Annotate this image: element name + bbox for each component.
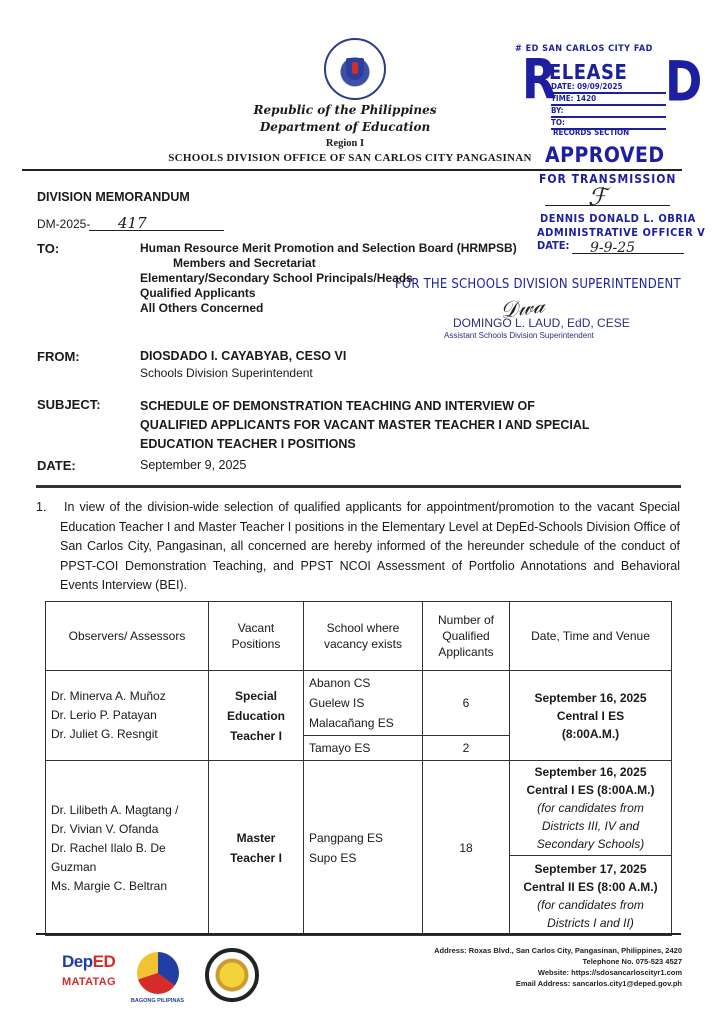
school: Guelew IS <box>309 693 417 713</box>
matatag-text: MATATAG <box>62 976 122 988</box>
observers-cell: Dr. Minerva A. Muñoz Dr. Lerio P. Pataya… <box>46 671 209 761</box>
observers-cell: Dr. Lilibeth A. Magtang / Dr. Vivian V. … <box>46 761 209 936</box>
bagong-pilipinas-icon <box>137 952 179 994</box>
from-name: DIOSDADO I. CAYABYAB, CESO VI <box>140 349 346 363</box>
approved-title: APPROVED <box>545 143 665 167</box>
date-label: DATE: <box>37 458 76 473</box>
table-header-row: Observers/ Assessors Vacant Positions Sc… <box>46 602 672 671</box>
schools-cell: Pangpang ES Supo ES <box>304 761 423 936</box>
schedule-table: Observers/ Assessors Vacant Positions Sc… <box>45 601 672 936</box>
school: Supo ES <box>309 848 417 868</box>
header-schedule: Date, Time and Venue <box>510 602 672 671</box>
approved-date-value: 9-9-25 <box>590 240 635 256</box>
footer-address: Address: Roxas Blvd., San Carlos City, P… <box>380 945 682 956</box>
recipient: Elementary/Secondary School Principals/H… <box>140 271 517 286</box>
deped-logo-text-b: ED <box>93 952 116 971</box>
bagong-pilipinas-text: BAGONG PILIPINAS <box>130 998 185 1004</box>
footer-divider <box>36 933 681 935</box>
approved-date-label: DATE: <box>537 239 570 252</box>
released-date: DATE: 09/09/2025 <box>551 82 666 94</box>
schedule-date: September 16, 2025 <box>515 763 666 781</box>
position-cell: Special Education Teacher I <box>209 671 304 761</box>
header-department: Department of Education <box>230 120 460 134</box>
footer-website[interactable]: Website: https://sdosancarloscityr1.com <box>380 967 682 978</box>
bagong-pilipinas-logo: BAGONG PILIPINAS <box>130 952 185 1012</box>
observer: Dr. Lilibeth A. Magtang / <box>51 801 203 820</box>
released-stamp-d: D <box>665 55 702 110</box>
sdo-seal-icon <box>205 948 259 1002</box>
approved-position: ADMINISTRATIVE OFFICER V <box>537 226 705 239</box>
from-title: Schools Division Superintendent <box>140 366 313 380</box>
asds-name: DOMINGO L. LAUD, EdD, CESE <box>453 316 630 330</box>
school: Malacañang ES <box>309 713 417 733</box>
approved-subtitle: FOR TRANSMISSION <box>539 172 676 186</box>
schedule-cell: September 16, 2025 Central I ES (8:00A.M… <box>510 761 672 856</box>
paragraph-number: 1. <box>36 498 64 518</box>
schedule-cell: September 17, 2025 Central II ES (8:00 A… <box>510 856 672 936</box>
schedule-date: September 17, 2025 <box>515 860 666 878</box>
schedule-venue: Central I ES <box>515 707 666 725</box>
deped-seal-icon <box>324 38 386 100</box>
memo-title: DIVISION MEMORANDUM <box>37 190 190 204</box>
applicants-count: 18 <box>423 761 510 936</box>
applicants-count: 6 <box>423 671 510 736</box>
schedule-cell: September 16, 2025 Central I ES (8:00A.M… <box>510 671 672 761</box>
observer: Dr. Minerva A. Muñoz <box>51 687 203 706</box>
schools-cell: Tamayo ES <box>304 736 423 761</box>
header-divider <box>22 169 682 171</box>
table-row: Dr. Lilibeth A. Magtang / Dr. Vivian V. … <box>46 761 672 856</box>
recipient: All Others Concerned <box>140 301 517 316</box>
schedule-time: (8:00A.M.) <box>515 725 666 743</box>
position-cell: Master Teacher I <box>209 761 304 936</box>
schedule-venue: Central I ES (8:00A.M.) <box>515 781 666 799</box>
to-label: TO: <box>37 241 59 256</box>
observer: Dr. Juliet G. Resngit <box>51 725 203 744</box>
table-row: Dr. Minerva A. Muñoz Dr. Lerio P. Pataya… <box>46 671 672 736</box>
header-office: SCHOOLS DIVISION OFFICE OF SAN CARLOS CI… <box>150 152 550 164</box>
school: Pangpang ES <box>309 828 417 848</box>
memo-number-prefix: DM-2025- <box>37 217 90 231</box>
school: Abanon CS <box>309 673 417 693</box>
observer: Dr. Lerio P. Patayan <box>51 706 203 725</box>
observer: Ms. Margie C. Beltran <box>51 877 203 896</box>
paragraph-text: In view of the division-wide selection o… <box>60 500 680 592</box>
subject-text: SCHEDULE OF DEMONSTRATION TEACHING AND I… <box>140 397 590 454</box>
recipient: Qualified Applicants <box>140 286 517 301</box>
observer: Dr. Vivian V. Ofanda <box>51 820 203 839</box>
deped-matatag-logo: DepED MATATAG <box>62 952 122 1012</box>
released-by: BY: <box>551 106 666 118</box>
footer-email[interactable]: Email Address: sancarlos.city1@deped.gov… <box>380 978 682 989</box>
observer: Dr. Rachel Ilalo B. De Guzman <box>51 839 203 877</box>
deped-logo-text-a: Dep <box>62 952 93 971</box>
from-label: FROM: <box>37 349 80 364</box>
footer-contact: Address: Roxas Blvd., San Carlos City, P… <box>380 945 682 989</box>
header-applicants: Number of Qualified Applicants <box>423 602 510 671</box>
recipient: Human Resource Merit Promotion and Selec… <box>140 241 517 256</box>
body-divider <box>36 485 681 488</box>
schedule-note: (for candidates from Districts III, IV a… <box>515 799 666 853</box>
released-stamp-title: ELEASE <box>549 60 627 84</box>
header-schools: School where vacancy exists <box>304 602 423 671</box>
footer-telephone: Telephone No. 075-523 4527 <box>380 956 682 967</box>
header-region: Region I <box>230 138 460 149</box>
schedule-venue: Central II ES (8:00 A.M.) <box>515 878 666 896</box>
signature-icon: ℱ <box>588 183 607 211</box>
released-time: TIME: 1420 <box>551 94 666 106</box>
approved-name: DENNIS DONALD L. OBRIA <box>540 212 696 225</box>
schools-cell: Abanon CS Guelew IS Malacañang ES <box>304 671 423 736</box>
header-positions: Vacant Positions <box>209 602 304 671</box>
date-value: September 9, 2025 <box>140 458 246 472</box>
to-recipients: Human Resource Merit Promotion and Selec… <box>140 241 517 316</box>
subject-label: SUBJECT: <box>37 397 101 412</box>
body-paragraph: 1.In view of the division-wide selection… <box>60 498 680 596</box>
schedule-note: (for candidates from Districts I and II) <box>515 896 666 932</box>
released-stamp-fields: DATE: 09/09/2025 TIME: 1420 BY: TO: <box>551 82 666 130</box>
recipient: Members and Secretariat <box>140 256 517 271</box>
header-observers: Observers/ Assessors <box>46 602 209 671</box>
memo-number-line <box>89 230 224 231</box>
approved-sign-line <box>545 205 670 206</box>
applicants-count: 2 <box>423 736 510 761</box>
schedule-date: September 16, 2025 <box>515 689 666 707</box>
header-republic: Republic of the Philippines <box>230 103 460 117</box>
asds-title: Assistant Schools Division Superintenden… <box>444 331 594 340</box>
released-stamp-bottom: RECORDS SECTION <box>553 128 629 137</box>
memo-number-value: 417 <box>118 214 147 232</box>
